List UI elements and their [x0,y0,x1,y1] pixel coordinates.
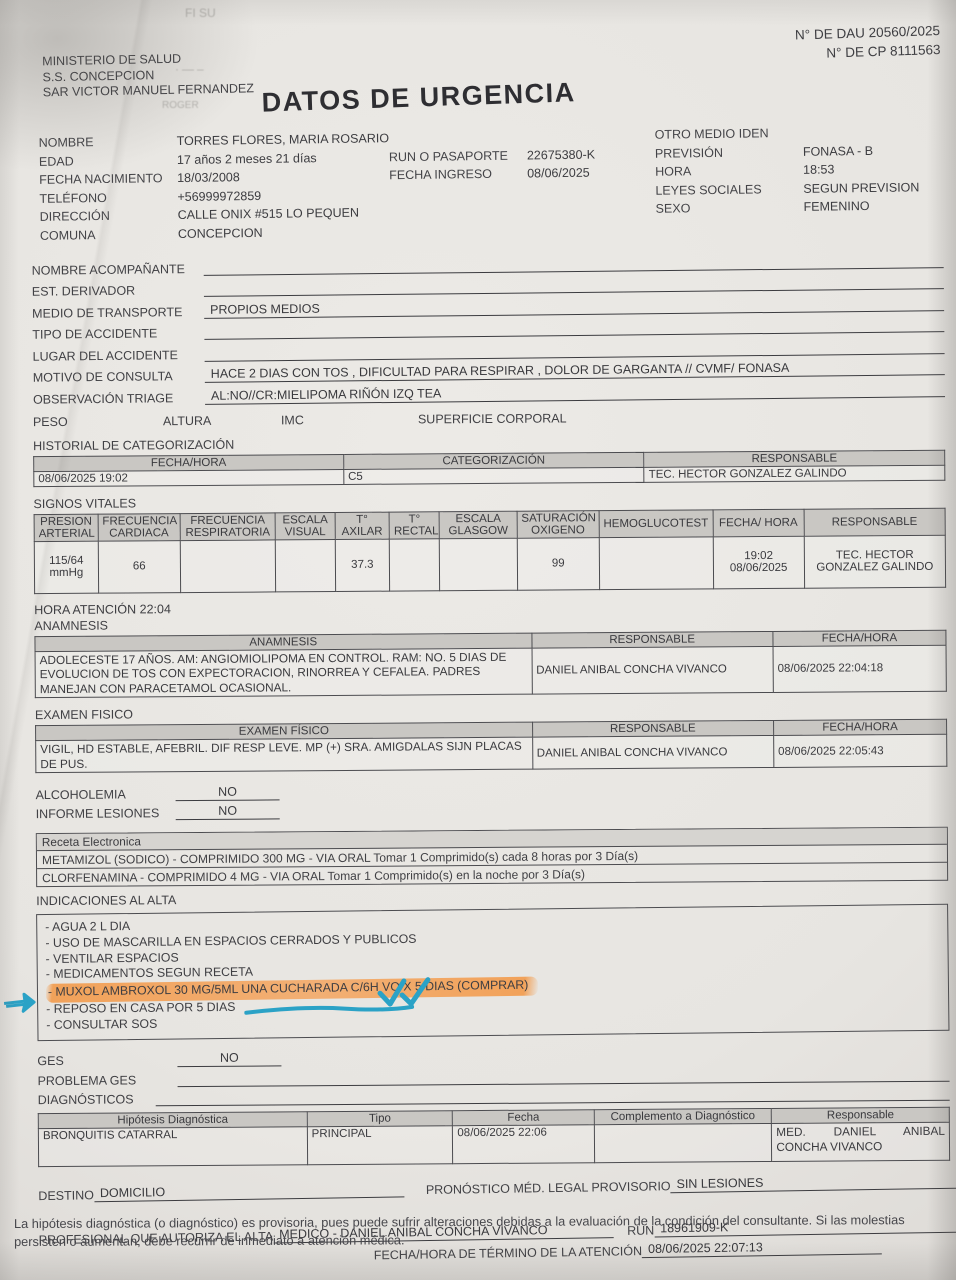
column-header: T° AXILAR [335,512,390,539]
field-label: FECHA INGRESO [389,164,527,184]
column-header: ESCALA VISUAL [275,512,334,539]
cell: 37.3 [335,539,390,591]
cell: DANIEL ANIBAL CONCHA VIVANCO [532,646,774,694]
field-label: SEXO [656,198,804,218]
cell: DANIEL ANIBAL CONCHA VIVANCO [532,735,774,769]
field-label: EDAD [39,151,177,171]
field-label: RUN O PASAPORTE [389,146,527,166]
field-value: 18:53 [803,159,947,179]
field-label: COMUNA [40,225,178,245]
field-label: FECHA NACIMIENTO [39,169,177,189]
column-header: ESCALA GLASGOW [439,511,517,539]
field-value: SIN LESIONES [670,1173,956,1194]
physical-exam-table: EXAMEN FÍSICO RESPONSABLE FECHA/HORA VIG… [35,719,947,773]
table-row: BRONQUITIS CATARRAL PRINCIPAL 08/06/2025… [38,1122,949,1166]
cell: 115/64 mmHg [34,541,98,593]
field-value: NO [177,1050,281,1067]
field-label: EST. DERIVADOR [32,283,204,299]
cell: PRINCIPAL [307,1126,453,1165]
column-header: RESPONSABLE [532,720,774,737]
cell: 99 [517,537,599,590]
section-title: DIAGNÓSTICOS [38,1092,156,1107]
field-value: AL:NO//CR:MIELIPOMA RIÑÓN IZQ TEA [205,381,945,405]
field-label: NOMBRE [39,132,177,152]
column-header: Complemento a Diagnóstico [594,1109,772,1125]
scanned-document: FI SU ·—– ROGER N° DE DAU 20560/2025 N° … [0,0,956,1280]
column-header: SATURACIÓN OXIGENO [517,510,599,538]
table-row: VIGIL, HD ESTABLE, AFEBRIL. DIF RESP LEV… [36,734,947,772]
cell [594,1124,772,1163]
field-value: FONASA - B [803,140,947,160]
cell: VIGIL, HD ESTABLE, AFEBRIL. DIF RESP LEV… [36,737,533,772]
electronic-prescription: Receta Electronica METAMIZOL (SODICO) - … [36,827,948,887]
field-label: SUPERFICIE CORPORAL [418,411,567,426]
pen-arrow-icon [2,989,36,1019]
doc-numbers: N° DE DAU 20560/2025 N° DE CP 8111563 [795,21,941,64]
column-header: RESPONSABLE [804,508,945,536]
field-label: IMC [281,412,418,427]
categorization-table: FECHA/HORA CATEGORIZACIÓN RESPONSABLE 08… [33,449,945,486]
admission-fields: NOMBRE ACOMPAÑANTE EST. DERIVADOR MEDIO … [32,246,946,406]
cell: C5 [344,467,645,484]
cell: TEC. HECTOR GONZALEZ GALINDO [804,535,946,588]
column-header: FRECUENCIA RESPIRATORIA [180,512,276,540]
cell: TEC. HECTOR GONZALEZ GALINDO [644,465,945,482]
field-label: OTRO MEDIO IDEN [655,124,803,144]
field-value: CONCEPCION [178,222,390,243]
column-header: FRECUENCIA CARDIACA [98,513,180,541]
field-value: FEMENINO [803,196,947,216]
column-header: FECHA/HORA [773,630,946,646]
document-header: N° DE DAU 20560/2025 N° DE CP 8111563 MI… [0,0,956,121]
column-header: Tipo [307,1111,453,1127]
cell: 08/06/2025 19:02 [34,469,344,486]
cell [180,539,276,592]
column-header: Responsable [772,1107,950,1123]
column-header: FECHA/ HORA [713,509,804,537]
field-label: HORA [655,161,803,181]
field-label: TIPO DE ACCIDENTE [32,326,204,342]
cell: BRONQUITIS CATARRAL [38,1127,307,1167]
field-value [803,122,947,142]
disclaimer-text: La hipótesis diagnóstica (o diagnóstico)… [14,1211,944,1250]
cell [599,536,713,589]
field-label: LUGAR DEL ACCIDENTE [32,347,204,363]
column-header: FECHA/HORA [773,719,946,735]
field-label: INFORME LESIONES [36,806,176,821]
field-label: PESO [33,414,163,429]
column-header: PRESION ARTERIAL [34,514,98,541]
cell: ADOLECESTE 17 AÑOS. AM: ANGIOMIOLIPOMA E… [35,648,532,698]
cell [390,538,440,590]
field-value: SEGUN PREVISION [803,177,947,197]
table-row: ADOLECESTE 17 AÑOS. AM: ANGIOMIOLIPOMA E… [35,645,946,698]
cell: 08/06/2025 22:06 [453,1125,594,1164]
field-label: NOMBRE ACOMPAÑANTE [32,261,204,277]
field-label: GES [37,1053,177,1068]
divider [156,1100,950,1107]
column-header: T° RECTAL [389,511,439,538]
cell: 19:02 08/06/2025 [713,536,804,589]
diagnosis-table: Hipótesis Diagnóstica Tipo Fecha Complem… [38,1107,950,1167]
cell [440,538,518,591]
column-header: HEMOGLUCOTEST [599,509,713,537]
table-row: 115/64 mmHg 66 37.3 99 19:02 08/06/2025 … [34,535,945,593]
field-value: 22675380-K [527,144,655,164]
anamnesis-table: ANAMNESIS RESPONSABLE FECHA/HORA ADOLECE… [34,629,946,698]
field-value: NO [175,784,279,801]
field-label: LEYES SOCIALES [655,179,803,199]
field-label: DIRECCIÓN [40,206,178,226]
field-label: PRONÓSTICO MÉD. LEGAL PROVISORIO [426,1179,671,1197]
patient-info: NOMBRE TORRES FLORES, MARIA ROSARIO OTRO… [39,122,948,245]
column-header: RESPONSABLE [531,631,773,648]
field-label: TELÉFONO [39,188,177,208]
column-header: Fecha [453,1110,594,1126]
field-label: PREVISIÓN [655,142,803,162]
cell [276,539,336,591]
field-label: ALTURA [163,413,281,428]
field-value: NO [176,803,280,820]
field-label: DESTINO [38,1188,94,1203]
form-row: DESTINO DOMICILIO PRONÓSTICO MÉD. LEGAL … [38,1173,956,1204]
cell: MED. DANIEL ANIBAL CONCHA VIVANCO [772,1122,950,1161]
cell: 66 [98,540,180,593]
field-label: MOTIVO DE CONSULTA [33,369,205,385]
cell: 08/06/2025 22:05:43 [774,734,947,767]
field-label: PROBLEMA GES [37,1073,177,1088]
field-value: 08/06/2025 [527,163,655,183]
field-value: DOMICILIO [94,1181,404,1202]
discharge-indications: - AGUA 2 L DIA - USO DE MASCARILLA EN ES… [36,904,949,1041]
field-label: ALCOHOLEMIA [35,787,175,802]
field-label: MEDIO DE TRANSPORTE [32,304,204,320]
body-metrics: PESO ALTURA IMC SUPERFICIE CORPORAL [33,408,956,428]
cell: 08/06/2025 22:04:18 [773,645,946,693]
field-label: OBSERVACIÓN TRIAGE [33,390,205,406]
vitals-table: PRESION ARTERIAL FRECUENCIA CARDIACA FRE… [34,507,947,593]
